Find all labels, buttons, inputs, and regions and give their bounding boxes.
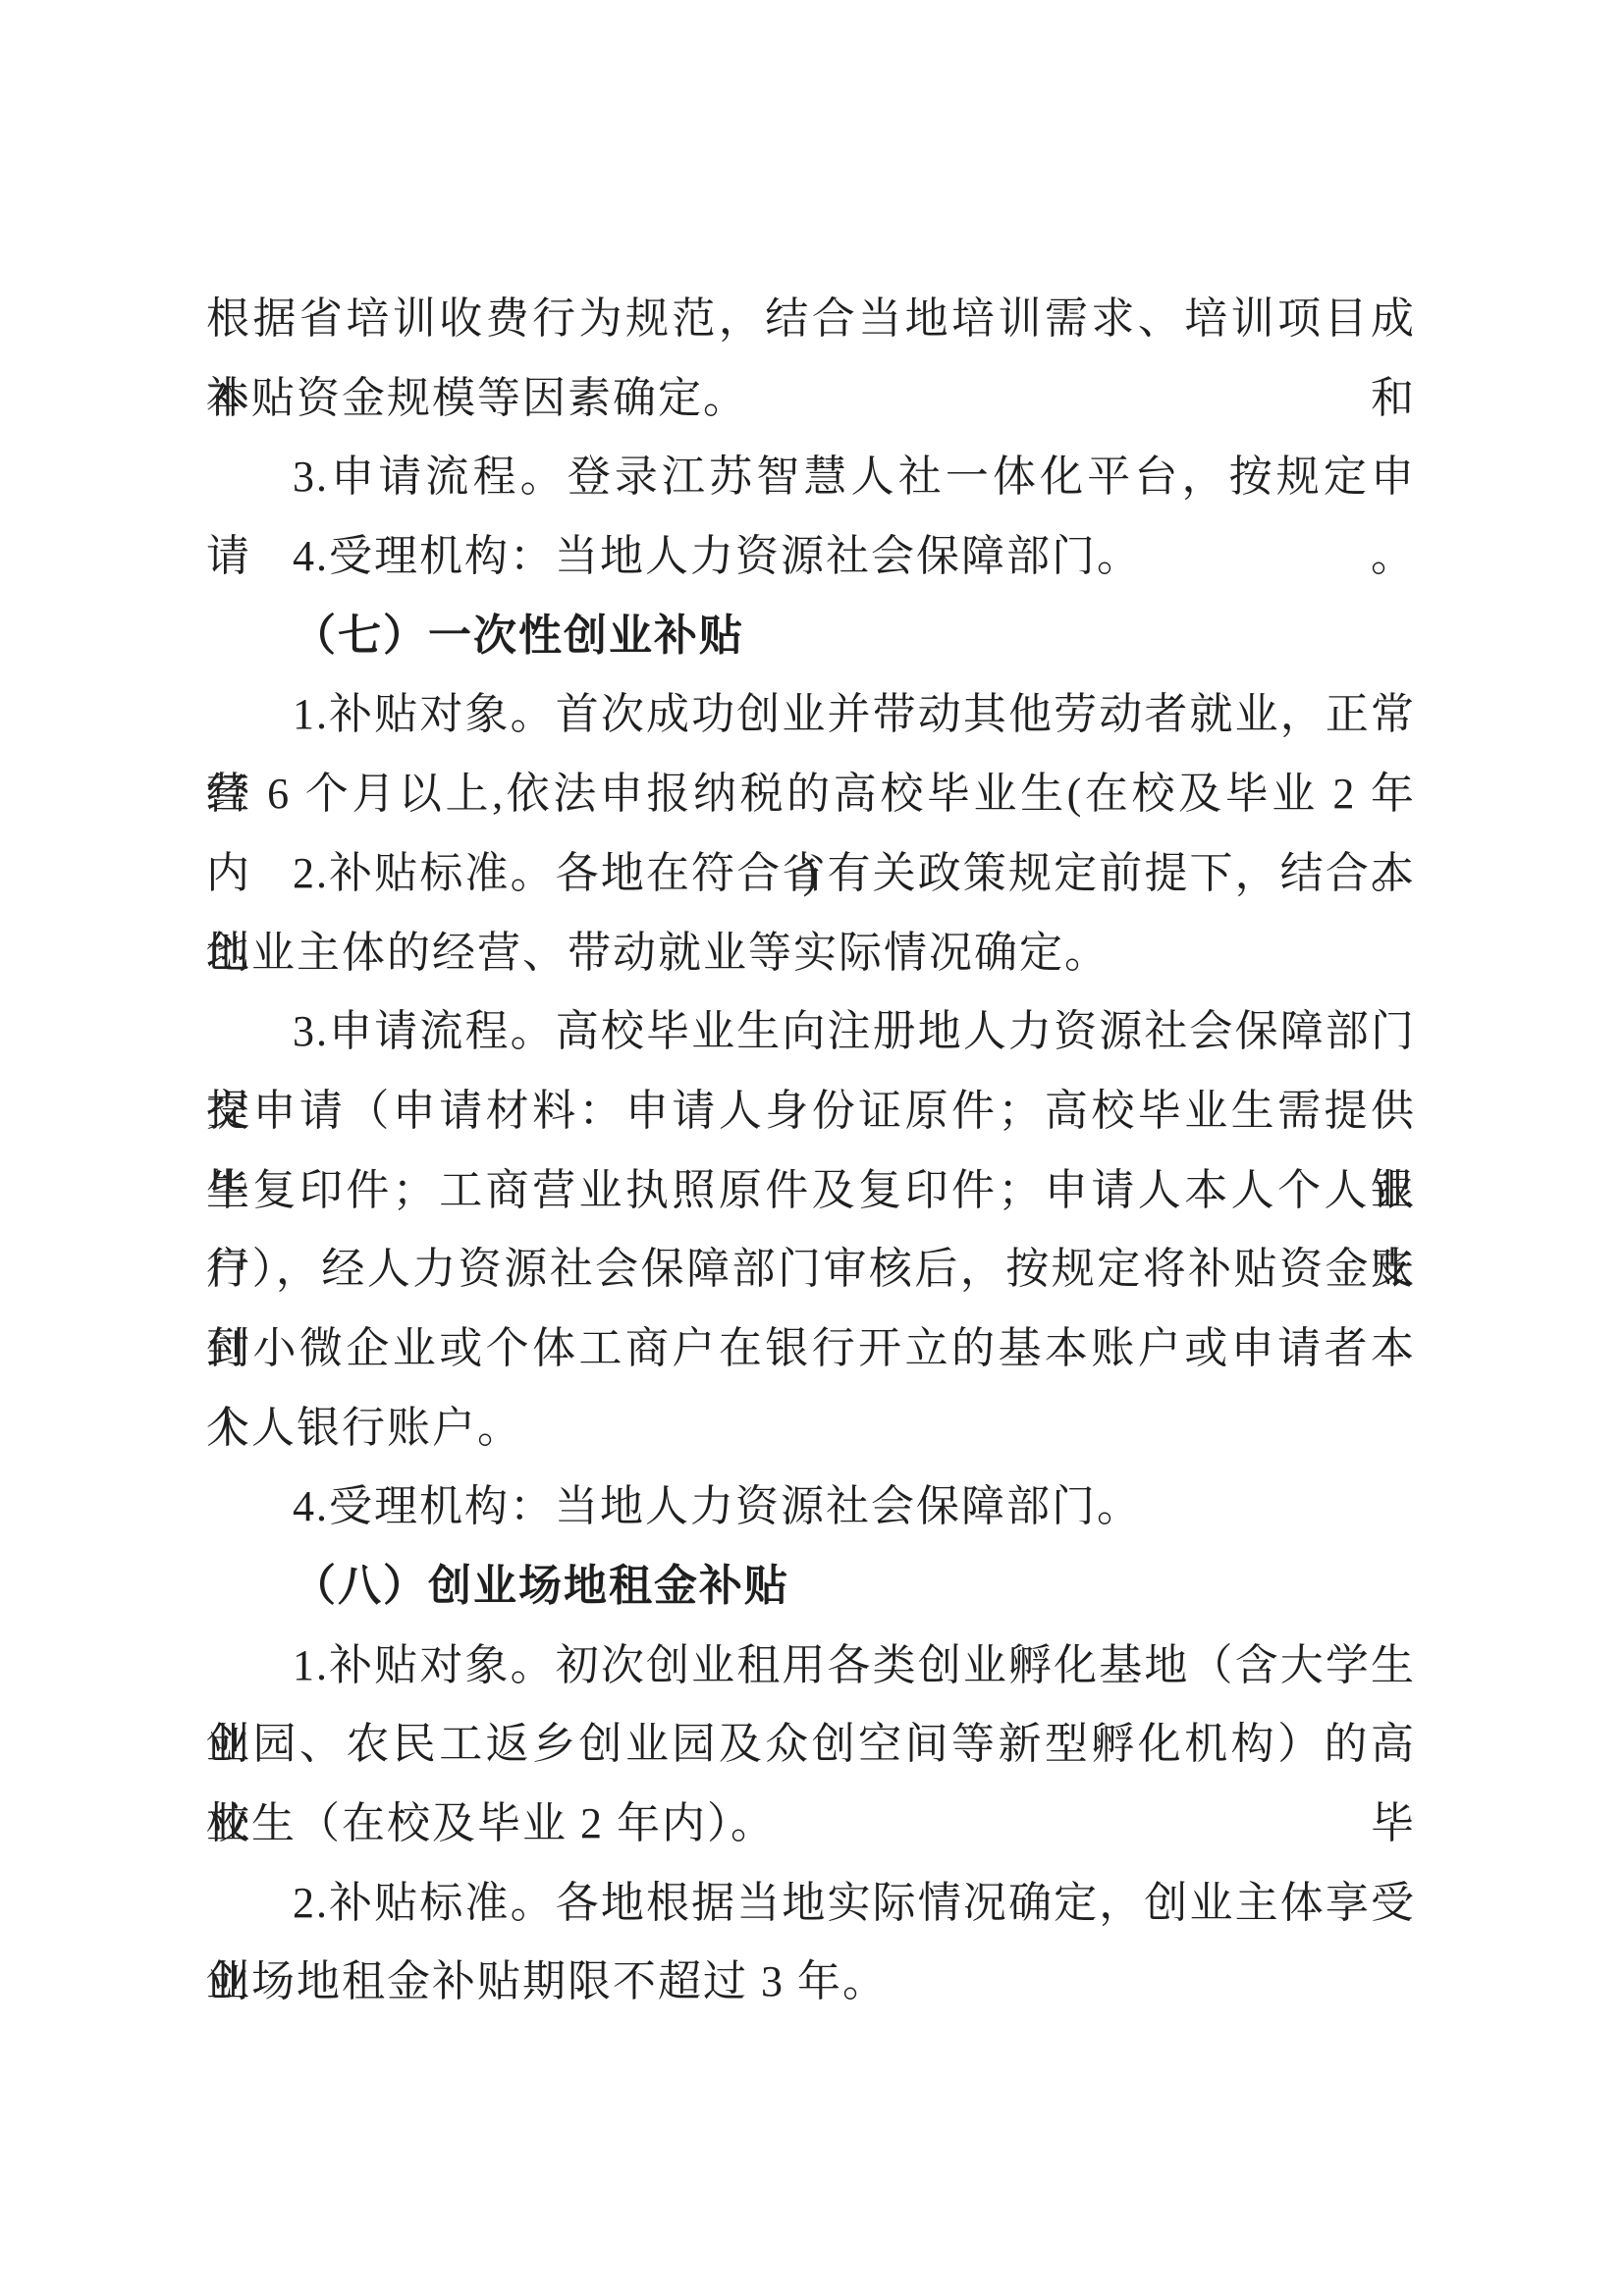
text-line: 2.补贴标准。各地根据当地实际情况确定，创业主体享受创 (206, 1864, 1416, 1944)
text-line: 交申请（申请材料：申请人身份证原件；高校毕业生需提供毕业 (206, 1072, 1416, 1151)
text-line: 2.补贴标准。各地在符合省有关政策规定前提下，结合本地 (206, 834, 1416, 914)
text-line: 3.申请流程。登录江苏智慧人社一体化平台，按规定申请。 (206, 438, 1416, 517)
text-line: 根据省培训收费行为规范，结合当地培训需求、培训项目成本和 (206, 280, 1416, 359)
document-page: 根据省培训收费行为规范，结合当地培训需求、培训项目成本和 补贴资金规模等因素确定… (0, 0, 1624, 2296)
text-line: 1.补贴对象。首次成功创业并带动其他劳动者就业，正常经 (206, 675, 1416, 755)
text-line: 到小微企业或个体工商户在银行开立的基本账户或申请者本人 (206, 1309, 1416, 1389)
text-line: 业场地租金补贴期限不超过 3 年。 (206, 1943, 1416, 2022)
text-line: 业园、农民工返乡创业园及众创空间等新型孵化机构）的高校毕 (206, 1705, 1416, 1785)
text-line: 1.补贴对象。初次创业租用各类创业孵化基地（含大学生创 (206, 1627, 1416, 1706)
section-heading-eight: （八）创业场地租金补贴 (206, 1547, 1416, 1627)
text-line: 营 6 个月以上,依法申报纳税的高校毕业生(在校及毕业 2 年内)。 (206, 755, 1416, 834)
text-line: 4.受理机构：当地人力资源社会保障部门。 (206, 1468, 1416, 1547)
text-line: 户），经人力资源社会保障部门审核后，按规定将补贴资金支付 (206, 1230, 1416, 1309)
text-line: 创业主体的经营、带动就业等实际情况确定。 (206, 914, 1416, 993)
section-heading-seven: （七）一次性创业补贴 (206, 597, 1416, 676)
document-body: 根据省培训收费行为规范，结合当地培训需求、培训项目成本和 补贴资金规模等因素确定… (206, 280, 1416, 2022)
text-line: 个人银行账户。 (206, 1389, 1416, 1468)
text-line: 3.申请流程。高校毕业生向注册地人力资源社会保障部门提 (206, 992, 1416, 1072)
text-line: 生复印件；工商营业执照原件及复印件；申请人本人个人银行账 (206, 1151, 1416, 1231)
